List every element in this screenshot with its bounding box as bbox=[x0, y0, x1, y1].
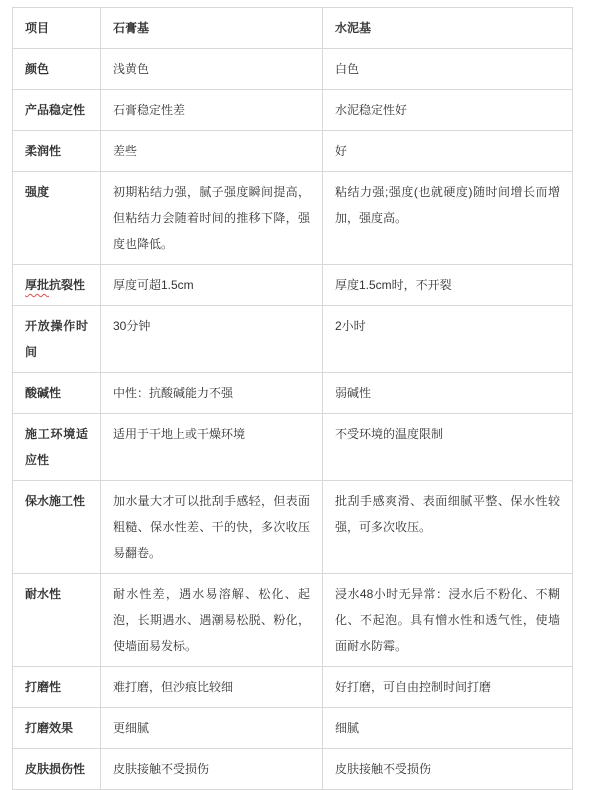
gypsum-cell: 初期粘结力强，腻子强度瞬间提高，但粘结力会随着时间的推移下降，强度也降低。 bbox=[101, 172, 323, 265]
row-label: 酸碱性 bbox=[13, 373, 101, 414]
cement-cell: 不受环境的温度限制 bbox=[323, 414, 573, 481]
gypsum-cell: 皮肤接触不受损伤 bbox=[101, 749, 323, 790]
comparison-table: 项目 石膏基 水泥基 颜色 浅黄色 白色 产品稳定性 石膏稳定性差 水泥稳定性好… bbox=[12, 7, 573, 790]
row-label: 颜色 bbox=[13, 49, 101, 90]
header-cell-gypsum: 石膏基 bbox=[101, 8, 323, 49]
gypsum-cell: 厚度可超1.5cm bbox=[101, 265, 323, 306]
row-label: 产品稳定性 bbox=[13, 90, 101, 131]
table-row-water-resistance: 耐水性 耐水性差，遇水易溶解、松化、起泡，长期遇水、遇潮易松脱、粉化，使墙面易发… bbox=[13, 574, 573, 667]
table-row-strength: 强度 初期粘结力强，腻子强度瞬间提高，但粘结力会随着时间的推移下降，强度也降低。… bbox=[13, 172, 573, 265]
gypsum-cell: 中性：抗酸碱能力不强 bbox=[101, 373, 323, 414]
gypsum-cell: 更细腻 bbox=[101, 708, 323, 749]
cement-cell: 批刮手感爽滑、表面细腻平整、保水性较强，可多次收压。 bbox=[323, 481, 573, 574]
row-label: 打磨效果 bbox=[13, 708, 101, 749]
gypsum-cell: 石膏稳定性差 bbox=[101, 90, 323, 131]
table-row-smoothness: 柔润性 差些 好 bbox=[13, 131, 573, 172]
cement-cell: 厚度1.5cm时，不开裂 bbox=[323, 265, 573, 306]
table-row-open-time: 开放操作时间 30分钟 2小时 bbox=[13, 306, 573, 373]
gypsum-cell: 浅黄色 bbox=[101, 49, 323, 90]
cement-cell: 弱碱性 bbox=[323, 373, 573, 414]
row-label: 开放操作时间 bbox=[13, 306, 101, 373]
table-row-environment: 施工环境适应性 适用于干地上或干燥环境 不受环境的温度限制 bbox=[13, 414, 573, 481]
table-row-color: 颜色 浅黄色 白色 bbox=[13, 49, 573, 90]
table-row-sandability: 打磨性 难打磨，但沙痕比较细 好打磨，可自由控制时间打磨 bbox=[13, 667, 573, 708]
table-row-skin-damage: 皮肤损伤性 皮肤接触不受损伤 皮肤接触不受损伤 bbox=[13, 749, 573, 790]
row-label: 耐水性 bbox=[13, 574, 101, 667]
row-label-rest: 抗裂性 bbox=[49, 278, 85, 292]
gypsum-cell: 耐水性差，遇水易溶解、松化、起泡，长期遇水、遇潮易松脱、粉化，使墙面易发标。 bbox=[101, 574, 323, 667]
row-label: 柔润性 bbox=[13, 131, 101, 172]
misspelled-word: 厚批 bbox=[25, 278, 49, 292]
table-row-stability: 产品稳定性 石膏稳定性差 水泥稳定性好 bbox=[13, 90, 573, 131]
table-row-ph: 酸碱性 中性：抗酸碱能力不强 弱碱性 bbox=[13, 373, 573, 414]
cement-cell: 皮肤接触不受损伤 bbox=[323, 749, 573, 790]
row-label: 保水施工性 bbox=[13, 481, 101, 574]
row-label: 皮肤损伤性 bbox=[13, 749, 101, 790]
row-label: 厚批抗裂性 bbox=[13, 265, 101, 306]
cement-cell: 2小时 bbox=[323, 306, 573, 373]
row-label: 强度 bbox=[13, 172, 101, 265]
gypsum-cell: 难打磨，但沙痕比较细 bbox=[101, 667, 323, 708]
cement-cell: 水泥稳定性好 bbox=[323, 90, 573, 131]
gypsum-cell: 差些 bbox=[101, 131, 323, 172]
document-page: 项目 石膏基 水泥基 颜色 浅黄色 白色 产品稳定性 石膏稳定性差 水泥稳定性好… bbox=[0, 0, 590, 790]
row-label: 打磨性 bbox=[13, 667, 101, 708]
gypsum-cell: 30分钟 bbox=[101, 306, 323, 373]
cement-cell: 浸水48小时无异常：浸水后不粉化、不糊化、不起泡。具有憎水性和透气性，使墙面耐水… bbox=[323, 574, 573, 667]
cement-cell: 细腻 bbox=[323, 708, 573, 749]
cement-cell: 好 bbox=[323, 131, 573, 172]
header-row: 项目 石膏基 水泥基 bbox=[13, 8, 573, 49]
gypsum-cell: 适用于干地上或干燥环境 bbox=[101, 414, 323, 481]
row-label: 施工环境适应性 bbox=[13, 414, 101, 481]
cement-cell: 粘结力强;强度(也就硬度)随时间增长而增加，强度高。 bbox=[323, 172, 573, 265]
cement-cell: 好打磨，可自由控制时间打磨 bbox=[323, 667, 573, 708]
gypsum-cell: 加水量大才可以批刮手感轻，但表面粗糙、保水性差、干的快，多次收压易翻卷。 bbox=[101, 481, 323, 574]
table-row-crack-resistance: 厚批抗裂性 厚度可超1.5cm 厚度1.5cm时，不开裂 bbox=[13, 265, 573, 306]
table-row-sanding-result: 打磨效果 更细腻 细腻 bbox=[13, 708, 573, 749]
table-row-water-retention: 保水施工性 加水量大才可以批刮手感轻，但表面粗糙、保水性差、干的快，多次收压易翻… bbox=[13, 481, 573, 574]
header-cell-cement: 水泥基 bbox=[323, 8, 573, 49]
header-cell-item: 项目 bbox=[13, 8, 101, 49]
cement-cell: 白色 bbox=[323, 49, 573, 90]
